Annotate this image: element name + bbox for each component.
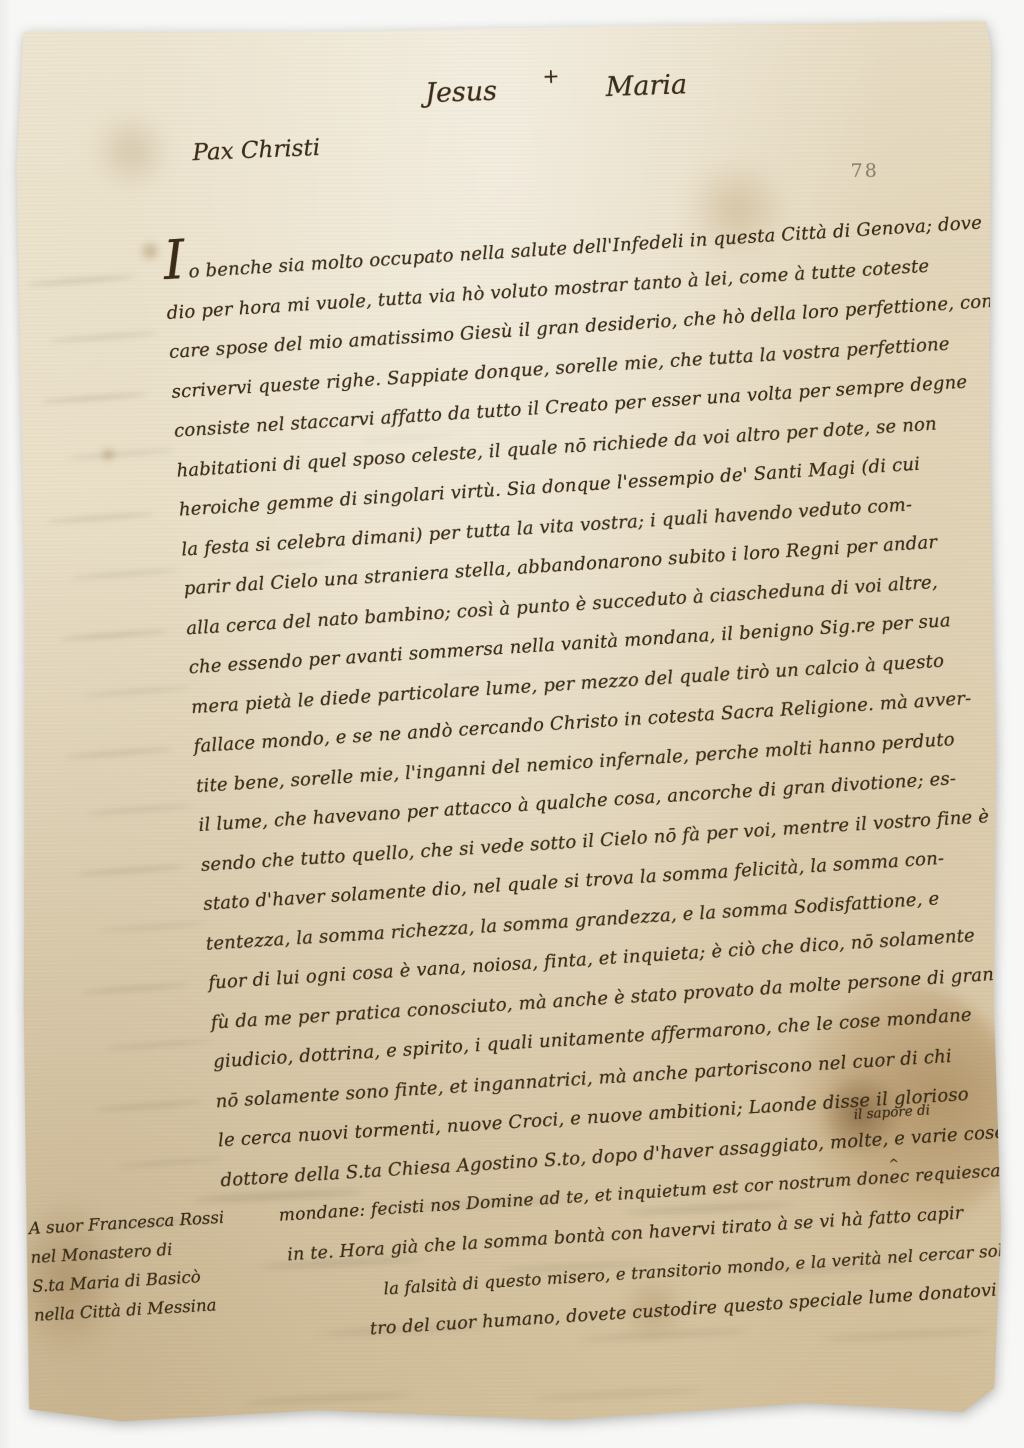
- stain: [98, 446, 118, 462]
- insertion-caret-mark: ^: [888, 1156, 899, 1171]
- salutation: Pax Christi: [192, 135, 321, 166]
- letter-page: Jesus + Maria Pax Christi 78 Io benche s…: [16, 21, 1003, 1429]
- letter-lines: Io benche sia molto occupato nella salut…: [163, 202, 1024, 1358]
- jesus-text: Jesus: [425, 76, 498, 109]
- letter-page-wrap: Jesus + Maria Pax Christi 78 Io benche s…: [16, 21, 1003, 1429]
- bleed-through-ghost-text-left: [27, 275, 135, 287]
- letter-body: Io benche sia molto occupato nella salut…: [163, 202, 1024, 1358]
- cross-mark: +: [542, 64, 560, 89]
- address-margin-note: A suor Francesca Rossinel Monastero diS.…: [28, 1203, 230, 1330]
- stain: [137, 241, 163, 261]
- scan-background: Jesus + Maria Pax Christi 78 Io benche s…: [0, 0, 1024, 1448]
- stain: [86, 116, 176, 187]
- archive-page-number: 78: [851, 160, 879, 182]
- invocation-header: Jesus + Maria: [346, 67, 767, 112]
- maria-text: Maria: [605, 69, 687, 103]
